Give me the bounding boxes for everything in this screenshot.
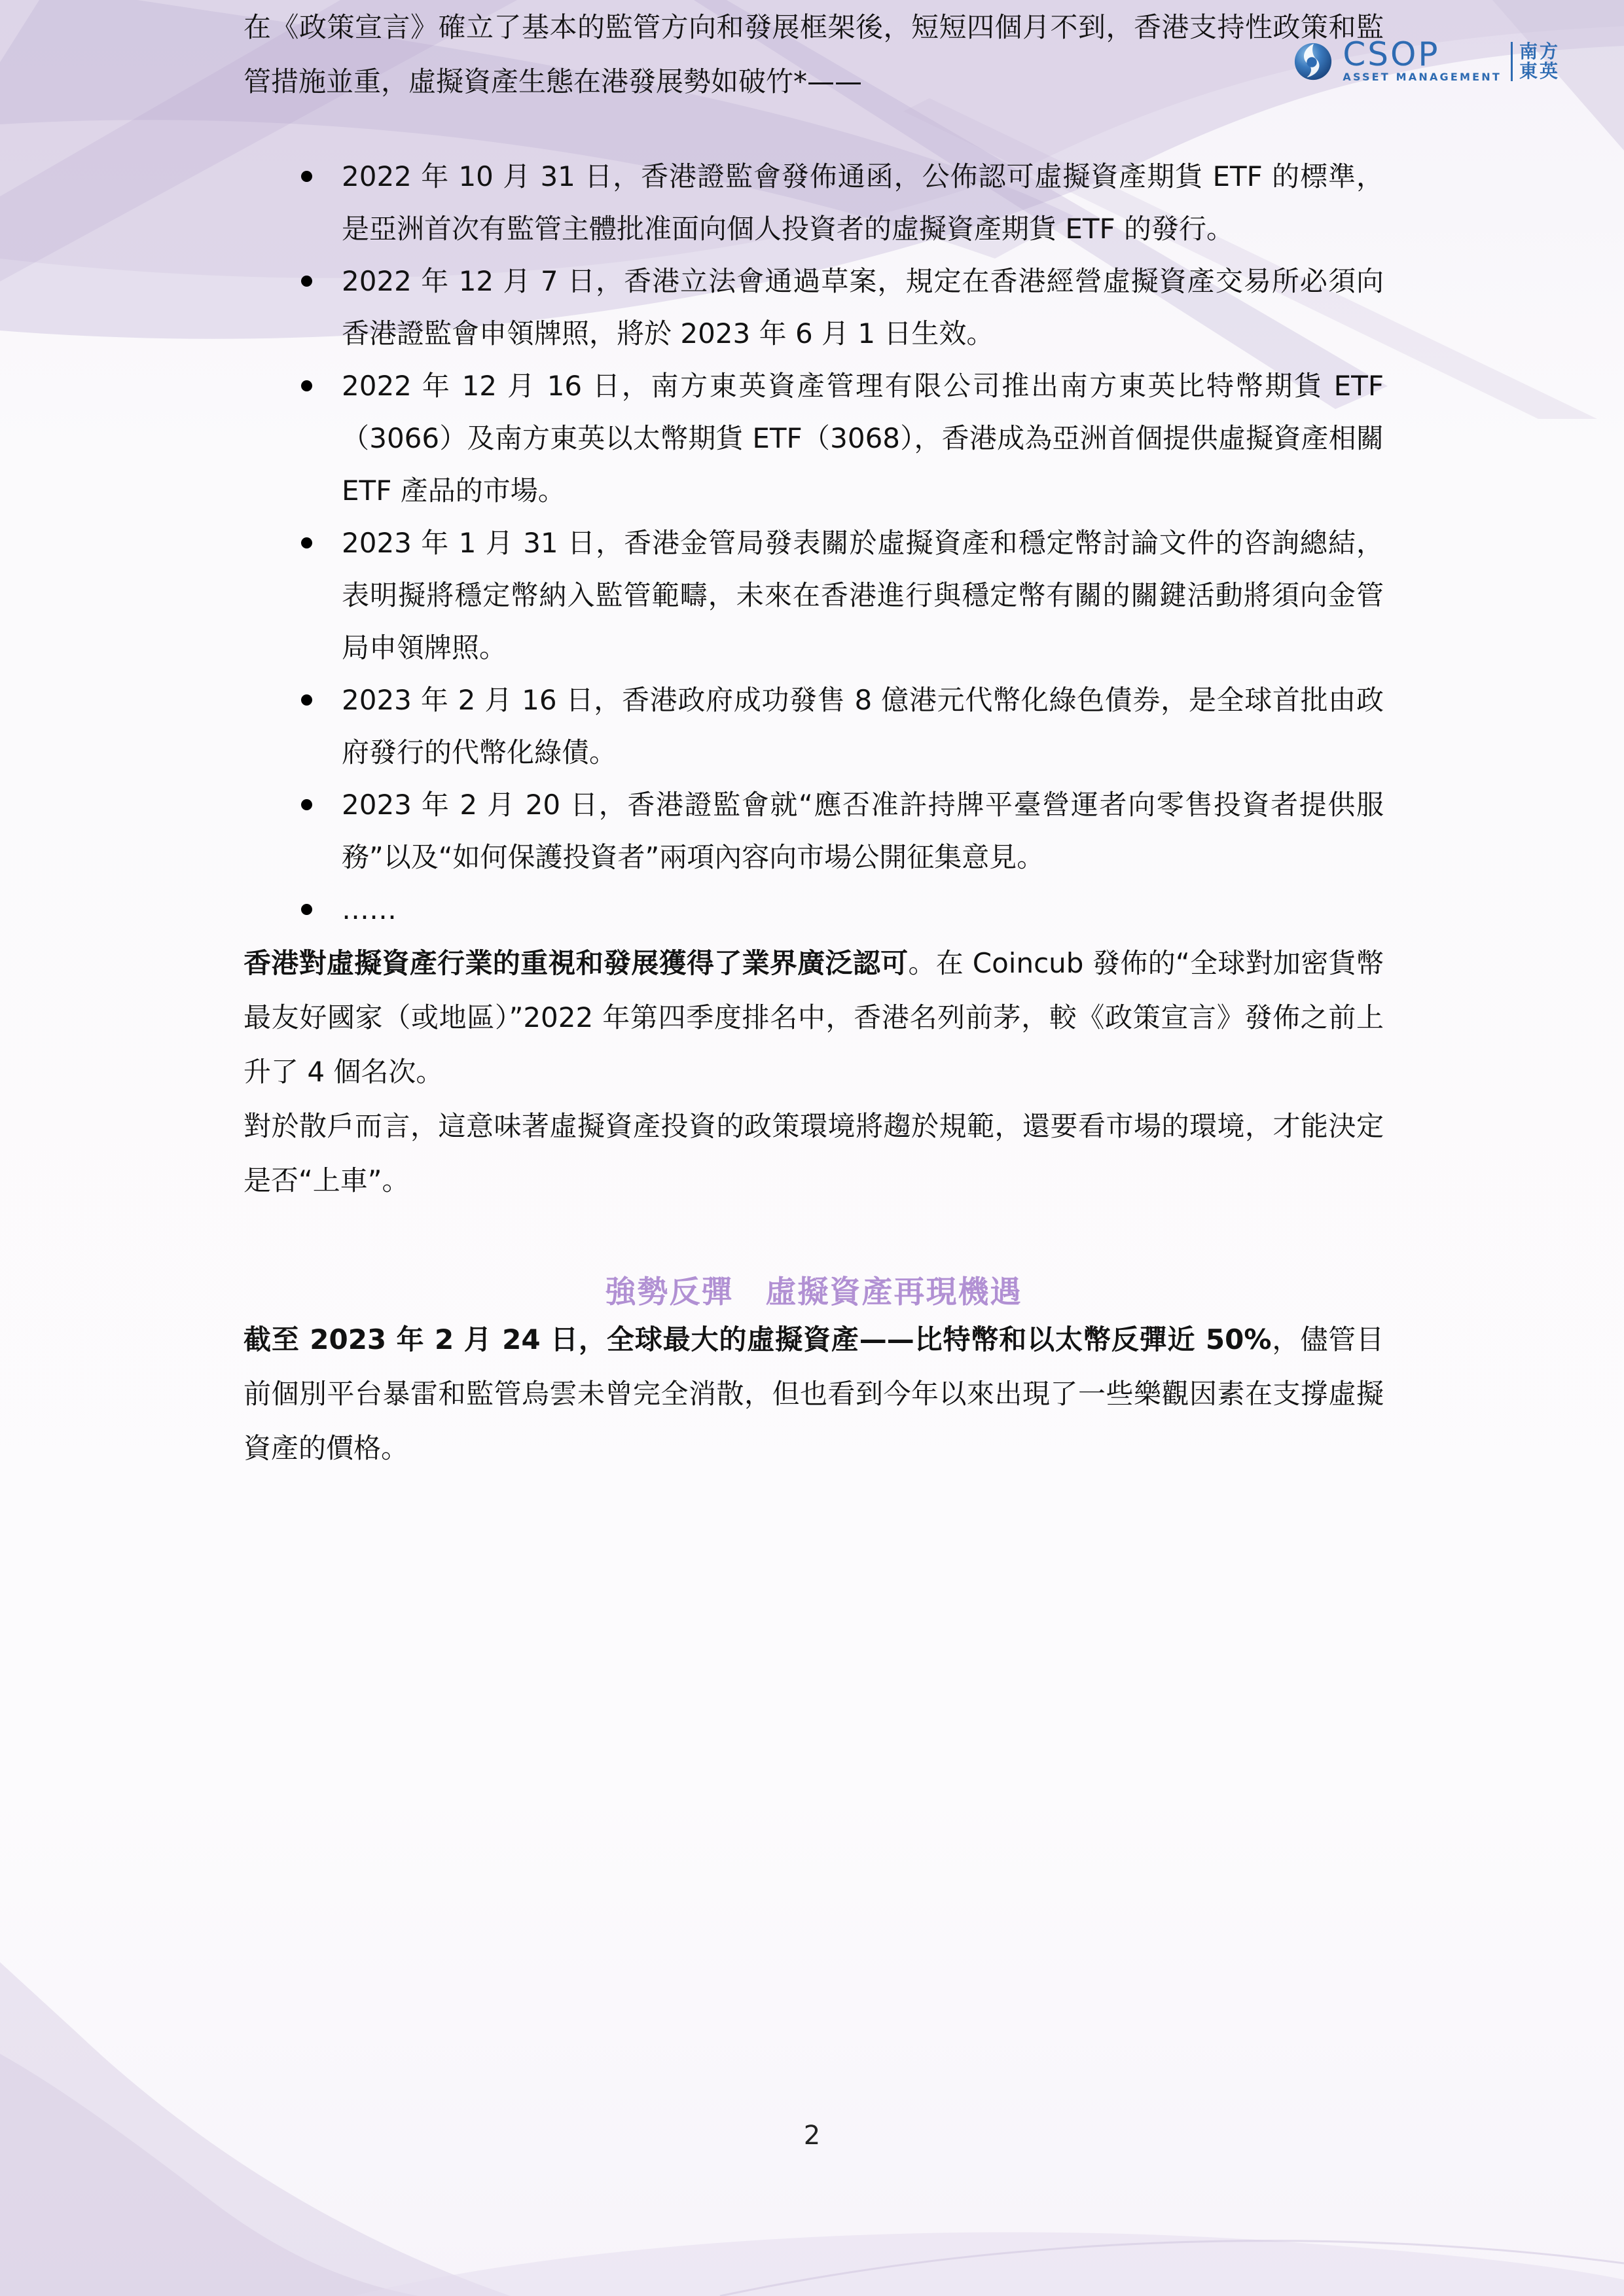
logo-cn-line2: 東英 bbox=[1519, 62, 1560, 81]
logo-cn-line1: 南方 bbox=[1519, 42, 1560, 62]
section-heading: 強勢反彈 虛擬資產再現機遇 bbox=[244, 1273, 1384, 1312]
document-content: 在《政策宣言》確立了基本的監管方向和發展框架後，短短四個月不到，香港支持性政策和… bbox=[244, 0, 1384, 1475]
recognition-bold-lead: 香港對虛擬資產行業的重視和發展獲得了業界廣泛認可 bbox=[244, 947, 908, 979]
bullet-item: 2023 年 2 月 20 日，香港證監會就“應否准許持牌平臺營運者向零售投資者… bbox=[244, 779, 1384, 884]
bullet-item: …… bbox=[244, 884, 1384, 936]
bullet-item: 2022 年 12 月 7 日，香港立法會通過草案，規定在香港經營虛擬資產交易所… bbox=[244, 255, 1384, 360]
bullet-item: 2023 年 2 月 16 日，香港政府成功發售 8 億港元代幣化綠色債券，是全… bbox=[244, 674, 1384, 779]
bullet-item: 2023 年 1 月 31 日，香港金管局發表關於虛擬資產和穩定幣討論文件的咨詢… bbox=[244, 517, 1384, 674]
bullet-item: 2022 年 10 月 31 日，香港證監會發佈通函，公佈認可虛擬資產期貨 ET… bbox=[244, 151, 1384, 255]
timeline-bullet-list: 2022 年 10 月 31 日，香港證監會發佈通函，公佈認可虛擬資產期貨 ET… bbox=[244, 151, 1384, 936]
bullet-item: 2022 年 12 月 16 日，南方東英資產管理有限公司推出南方東英比特幣期貨… bbox=[244, 360, 1384, 517]
recognition-paragraph: 香港對虛擬資產行業的重視和發展獲得了業界廣泛認可。在 Coincub 發佈的“全… bbox=[244, 936, 1384, 1099]
rebound-paragraph: 截至 2023 年 2 月 24 日，全球最大的虛擬資產——比特幣和以太幣反彈近… bbox=[244, 1312, 1384, 1475]
rebound-bold-lead: 截至 2023 年 2 月 24 日，全球最大的虛擬資產——比特幣和以太幣反彈近… bbox=[244, 1323, 1271, 1355]
page-number: 2 bbox=[0, 2121, 1624, 2151]
logo-chinese-name: 南方 東英 bbox=[1519, 42, 1560, 81]
retail-paragraph: 對於散戶而言，這意味著虛擬資產投資的政策環境將趨於規範，還要看市場的環境，才能決… bbox=[244, 1099, 1384, 1208]
intro-paragraph: 在《政策宣言》確立了基本的監管方向和發展框架後，短短四個月不到，香港支持性政策和… bbox=[244, 0, 1384, 109]
logo-divider bbox=[1511, 42, 1513, 81]
